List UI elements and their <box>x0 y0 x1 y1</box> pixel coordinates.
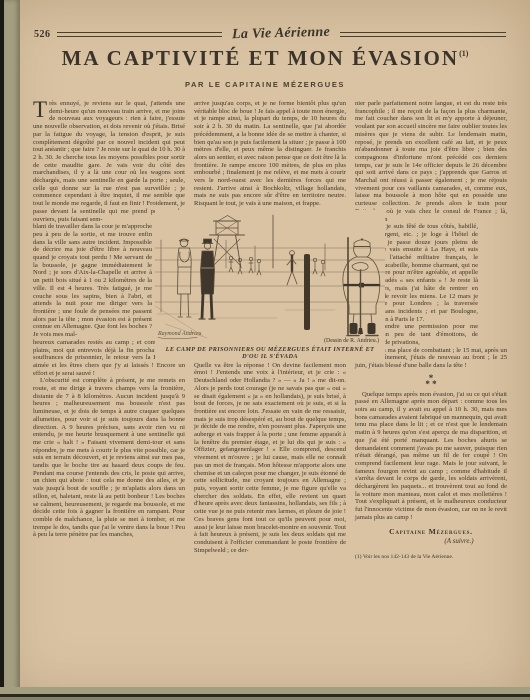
prisoner-dark-uniform <box>199 239 215 319</box>
page-number: 526 <box>34 29 51 40</box>
article-body: Très ennuyé, je reviens sur le quai, j'a… <box>33 100 507 562</box>
paragraph: Quelque temps après mon évasion, j'ai su… <box>355 391 507 522</box>
background-prisoners <box>229 256 325 276</box>
paragraph: Quelle va être la réponse ! On devine fa… <box>194 362 346 555</box>
walking-prisoner <box>287 250 297 284</box>
figure-caption-line2: D'OU IL S'ÉVADA <box>155 353 385 361</box>
prisoner-light-uniform <box>178 239 192 317</box>
header-rule-left <box>57 32 223 37</box>
paragraph-text: rès ennuyé, je reviens sur le quai, j'at… <box>33 100 185 223</box>
camp-drawing: Raymond Andrieu <box>155 210 385 340</box>
scan-edge-left <box>4 0 20 700</box>
separator-asterisks-bottom: * * <box>355 381 507 387</box>
paragraph-wrapped-around-figure: blant de travailler dans la cour je m'ap… <box>33 223 152 339</box>
paragraph: nier parle parfaitement notre langue, et… <box>355 100 507 223</box>
footnote: (1) Voir les nos 142-143 de la Vie Aérie… <box>355 554 507 562</box>
footnote-marker: (1) <box>459 49 468 58</box>
drop-cap: T <box>33 100 49 119</box>
fence-post-center <box>304 254 310 330</box>
paragraph: Très ennuyé, je reviens sur le quai, j'a… <box>33 100 185 223</box>
figure-caption-line1: LE CAMP DE PRISONNIERS OU MÉZERGUES ÉTAI… <box>155 346 385 354</box>
article-title: MA CAPTIVITÉ ET MON ÉVASION(1) <box>0 46 530 71</box>
paragraph: L'obscurité est complète à présent, je m… <box>33 377 185 539</box>
page-header: 526 La Vie Aérienne <box>34 26 506 42</box>
article-byline: PAR LE CAPITAINE MÉZERGUES <box>0 80 530 89</box>
section-separator: * * * <box>355 375 507 387</box>
fence-wires <box>155 240 385 312</box>
figure-credit: (Dessin de R. Andrieu.) <box>155 338 385 346</box>
article-signature: Capitaine Mézergues. <box>355 528 507 536</box>
column-2: arrive jusqu'au corps, et je ne forme bi… <box>194 100 346 562</box>
svg-text:Raymond Andrieu: Raymond Andrieu <box>157 331 201 337</box>
magazine-page: 526 La Vie Aérienne MA CAPTIVITÉ ET MON … <box>0 0 530 700</box>
article-title-text: MA CAPTIVITÉ ET MON ÉVASION <box>62 46 459 70</box>
figure-illustration: Raymond Andrieu (Dessin de R. Andrieu.) … <box>155 210 385 361</box>
masthead-logo: La Vie Aérienne <box>228 25 334 44</box>
scan-edge-bottom <box>0 687 530 694</box>
paragraph: arrive jusqu'au corps, et je ne forme bi… <box>194 100 346 208</box>
to-be-continued: (A suivre.) <box>355 538 507 546</box>
header-rule-right <box>340 32 506 37</box>
